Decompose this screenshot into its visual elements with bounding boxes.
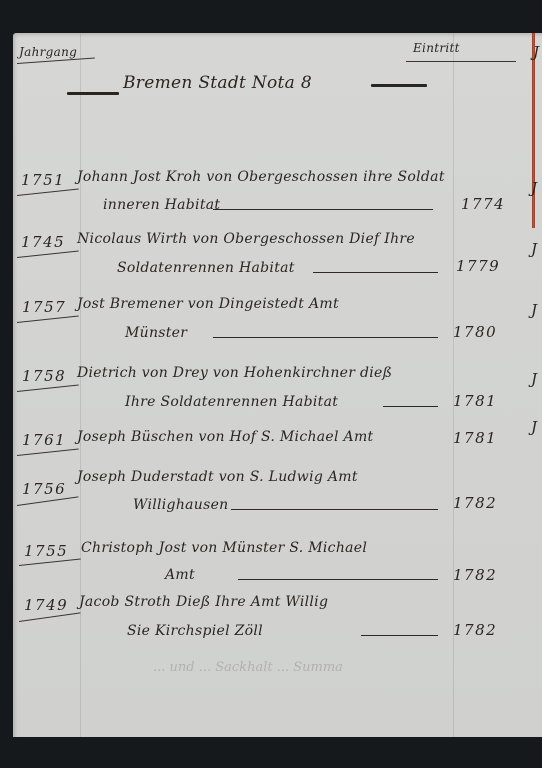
page-title: Bremen Stadt Nota 8 — [123, 73, 312, 93]
entry-line1: Jacob Stroth Dieß Ihre Amt Willig — [79, 594, 328, 610]
header-underline-right — [406, 61, 516, 62]
document-page: Jahrgang Eintritt Bremen Stadt Nota 8 J … — [13, 33, 542, 737]
fill-dashes — [383, 406, 438, 407]
title-bar-left — [67, 92, 119, 95]
entry-underline — [17, 449, 79, 456]
fill-dashes — [238, 579, 438, 580]
fill-dashes — [313, 272, 438, 273]
entry-line2: Amt — [165, 567, 195, 583]
column-header-right: Eintritt — [413, 41, 460, 55]
entry-year: 1782 — [453, 621, 497, 639]
entry-line1: Joseph Duderstadt von S. Ludwig Amt — [77, 469, 358, 485]
entry-line1: Nicolaus Wirth von Obergeschossen Dief I… — [77, 231, 415, 247]
fill-dashes — [231, 509, 438, 510]
facing-page-mark: J — [533, 43, 539, 61]
entry-year: 1782 — [453, 566, 497, 584]
entry-year: 1780 — [453, 323, 497, 341]
entry-birth-year: 1761 — [22, 431, 66, 449]
column-header-left: Jahrgang — [19, 45, 77, 59]
fill-dashes — [213, 337, 438, 338]
entry-birth-year: 1756 — [22, 480, 66, 498]
entry-year: 1781 — [453, 429, 497, 447]
binding-thread — [532, 33, 535, 228]
entry-line2: inneren Habitat — [103, 197, 220, 213]
bleed-through-text: ... und ... Sackhalt ... Summa — [153, 660, 343, 675]
facing-page-mark: J — [531, 301, 537, 319]
entry-line2: Münster — [125, 325, 187, 341]
entry-line2: Willighausen — [133, 497, 228, 513]
entry-underline — [17, 189, 79, 196]
entry-underline — [17, 251, 79, 258]
entry-birth-year: 1757 — [22, 298, 66, 316]
entry-line2: Soldatenrennen Habitat — [117, 260, 295, 276]
entry-line1: Jost Bremener von Dingeistedt Amt — [77, 296, 339, 312]
title-bar-right — [371, 84, 427, 87]
entry-year: 1781 — [453, 392, 497, 410]
entry-underline — [17, 316, 79, 323]
left-margin-rule — [80, 33, 81, 737]
entry-line1: Joseph Büschen von Hof S. Michael Amt — [77, 429, 373, 445]
fill-dashes — [213, 209, 433, 210]
entry-birth-year: 1758 — [22, 367, 66, 385]
entry-line1: Dietrich von Drey von Hohenkirchner dieß — [77, 365, 392, 381]
entry-year: 1782 — [453, 494, 497, 512]
entry-birth-year: 1751 — [21, 171, 65, 189]
entry-line2: Ihre Soldatenrennen Habitat — [125, 394, 338, 410]
entry-line2: Sie Kirchspiel Zöll — [127, 623, 263, 639]
entry-birth-year: 1745 — [21, 233, 65, 251]
entry-underline — [17, 385, 79, 392]
entry-line1: Johann Jost Kroh von Obergeschossen ihre… — [77, 169, 445, 185]
facing-page-mark: J — [531, 179, 537, 197]
entry-birth-year: 1755 — [24, 542, 68, 560]
entry-year: 1779 — [456, 257, 500, 275]
entry-birth-year: 1749 — [24, 596, 68, 614]
facing-page-mark: J — [531, 240, 537, 258]
facing-page-mark: J — [531, 370, 537, 388]
entry-line1: Christoph Jost von Münster S. Michael — [81, 540, 367, 556]
fill-dashes — [361, 635, 438, 636]
entry-year: 1774 — [461, 195, 505, 213]
facing-page-mark: J — [531, 418, 537, 436]
